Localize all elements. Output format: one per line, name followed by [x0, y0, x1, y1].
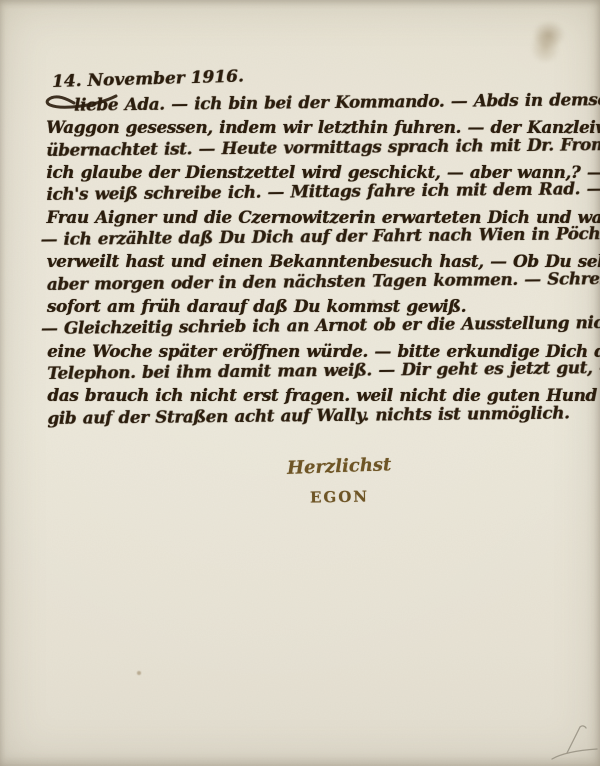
letter-signature: EGON	[310, 487, 369, 506]
letter-line: Telephon. bei ihm damit man weiß. — Dir …	[47, 356, 587, 384]
letter-closing: Herzlichst	[287, 454, 392, 479]
paper-speck	[137, 671, 141, 675]
letter-line: übernachtet ist. — Heute vormittags spra…	[46, 133, 586, 161]
letter-body: liebe Ada. — ich bin bei der Kommando. —…	[46, 92, 587, 430]
letter-photo: 14. November 1916. liebe Ada. — ich bin …	[0, 0, 600, 766]
letter-line: gib auf der Straßen acht auf Wally. nich…	[47, 401, 587, 429]
letter-line: ich's weiß schreibe ich. — Mittags fahre…	[46, 178, 586, 206]
letter-line: aber morgen oder in den nächsten Tagen k…	[47, 267, 587, 295]
letter-line: liebe Ada. — ich bin bei der Kommando. —…	[46, 88, 586, 116]
letter-line: — ich erzählte daß Du Dich auf der Fahrt…	[41, 222, 587, 250]
letter-line: — Gleichzeitig schrieb ich an Arnot ob e…	[41, 312, 587, 340]
